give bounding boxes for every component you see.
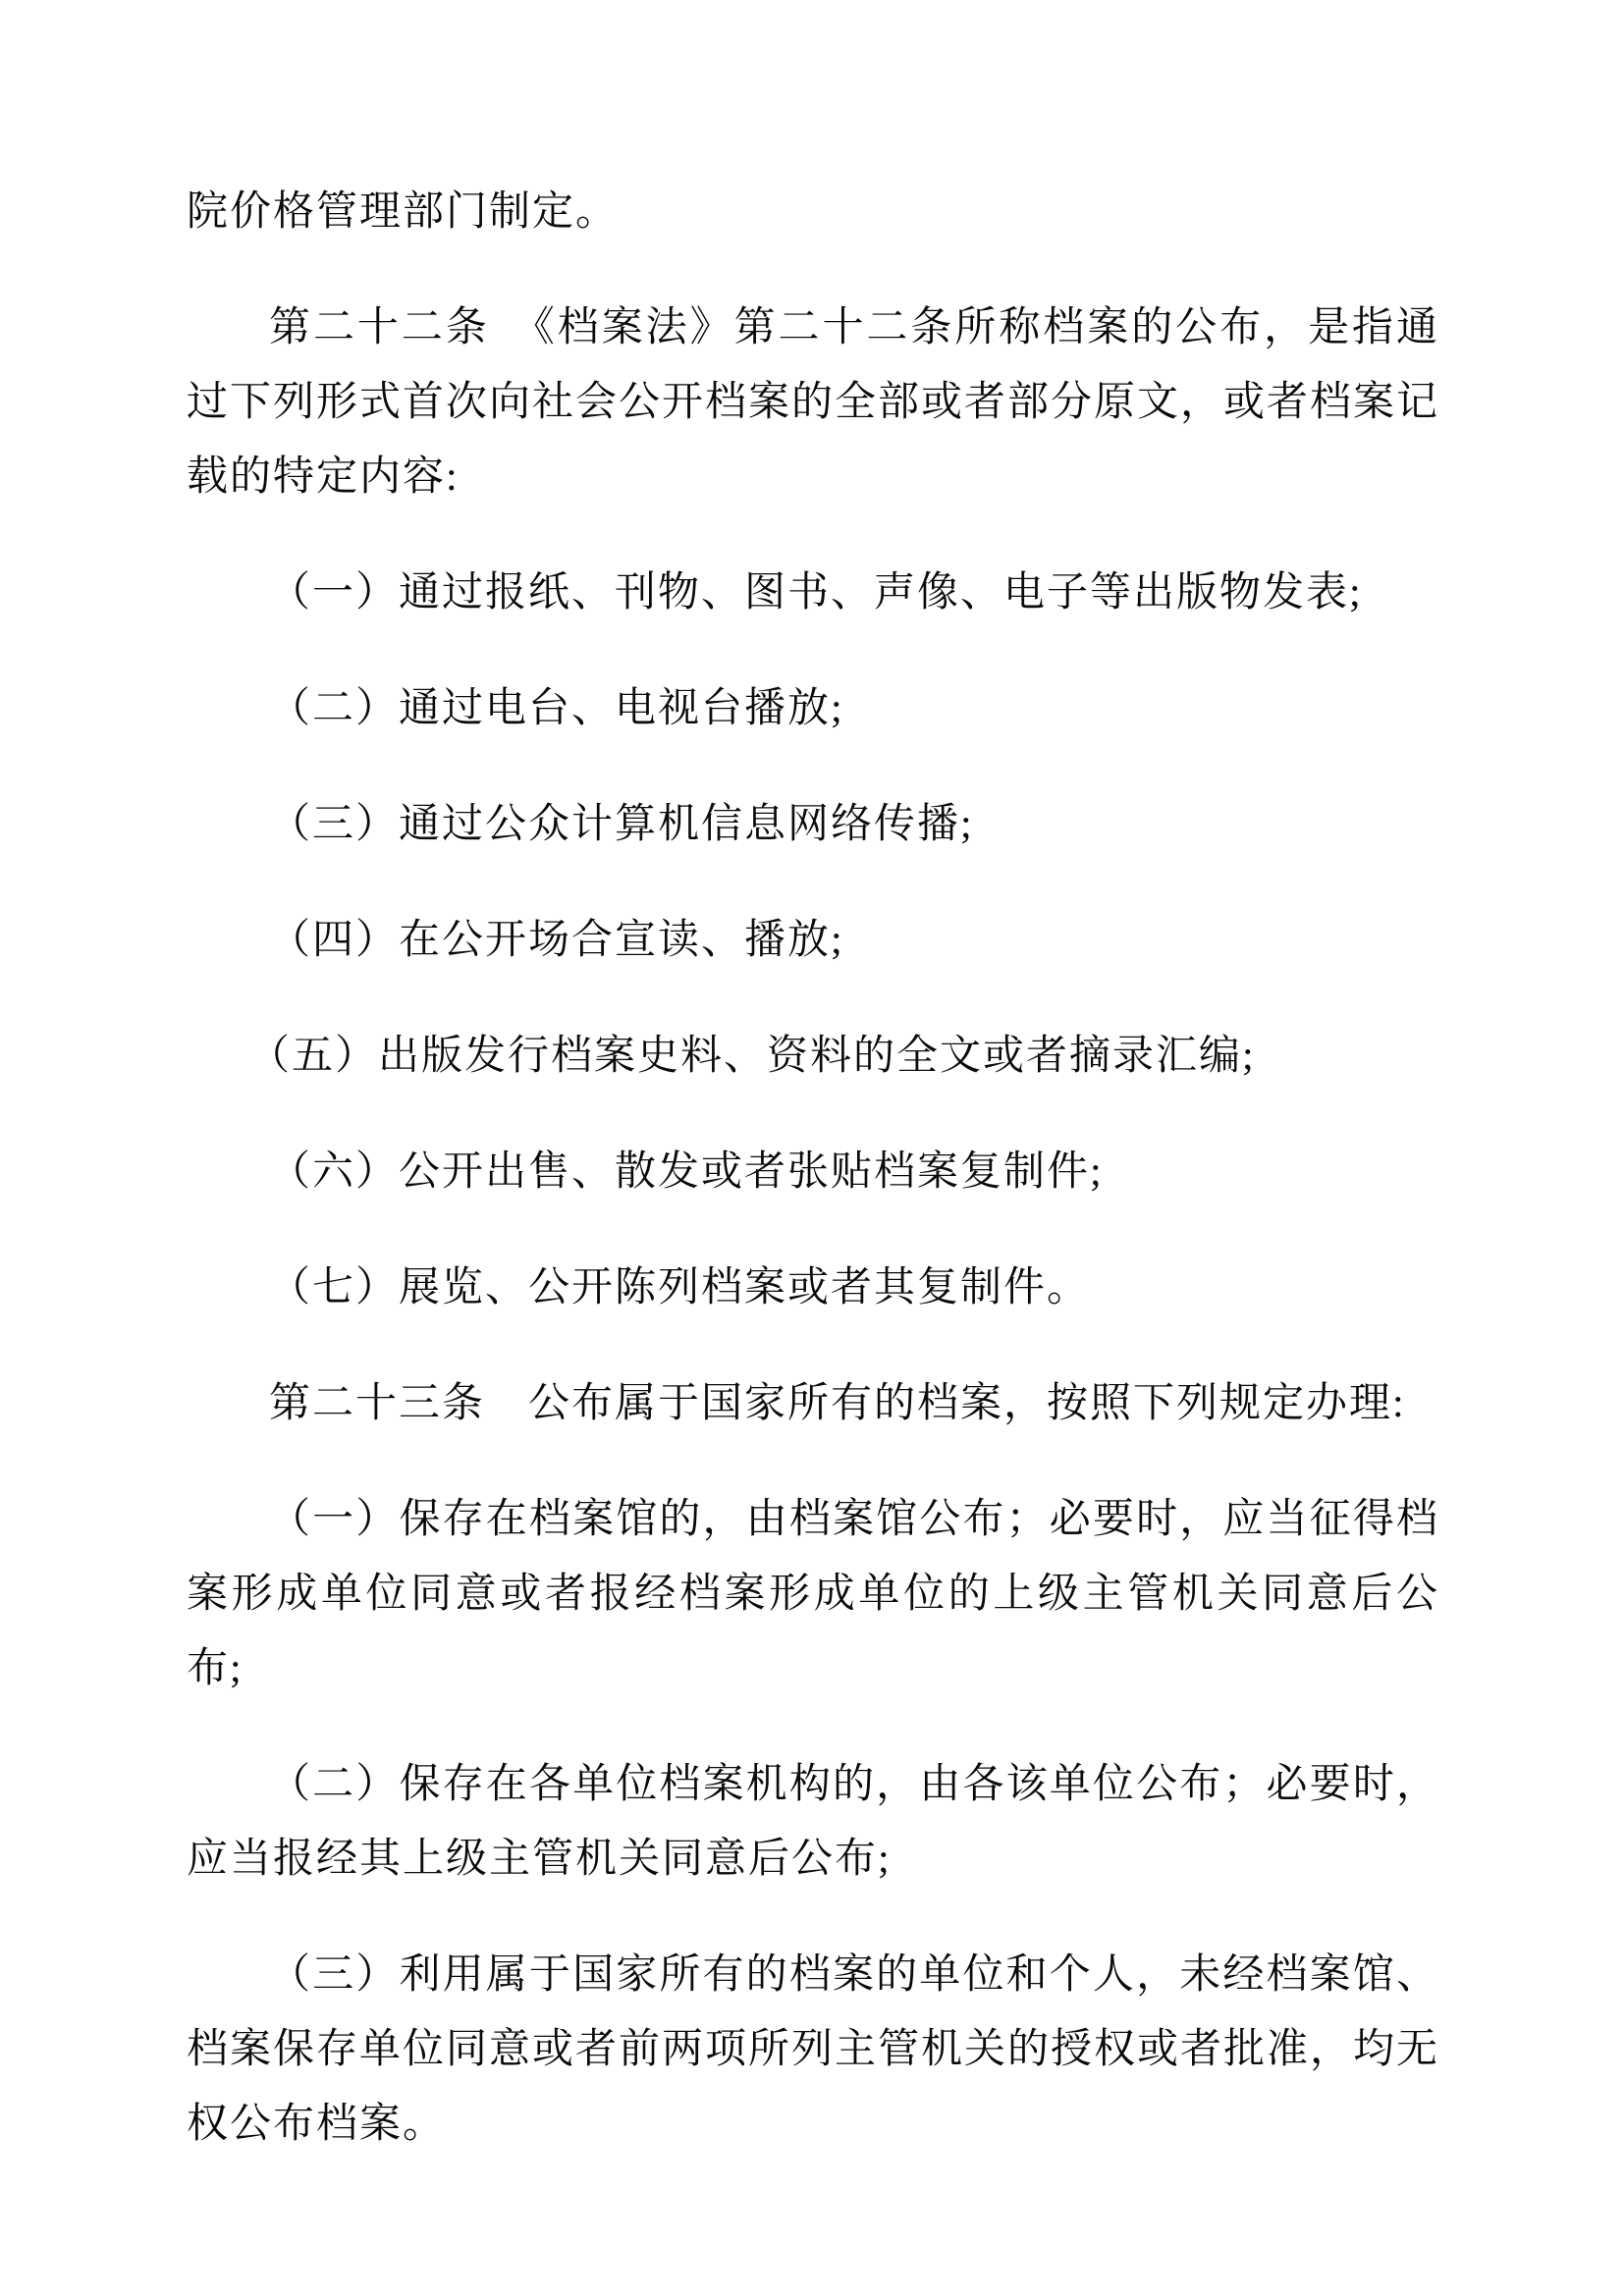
article-22-item-3: （三）通过公众计算机信息网络传播; <box>187 787 1439 862</box>
article-22-item-7: （七）展览、公开陈列档案或者其复制件。 <box>187 1251 1439 1325</box>
article-23-item-3: （三）利用属于国家所有的档案的单位和个人，未经档案馆、档案保存单位同意或者前两项… <box>187 1938 1439 2162</box>
article-22-item-5: （五）出版发行档案史料、资料的全文或者摘录汇编; <box>187 1019 1439 1094</box>
paragraph-continuation: 院价格管理部门制定。 <box>187 175 1439 249</box>
article-23-intro-paragraph: 第二十三条 公布属于国家所有的档案，按照下列规定办理: <box>187 1366 1439 1441</box>
article-22-item-4: （四）在公开场合宣读、播放; <box>187 903 1439 978</box>
article-22-item-1: （一）通过报纸、刊物、图书、声像、电子等出版物发表; <box>187 556 1439 630</box>
article-22-item-6: （六）公开出售、散发或者张贴档案复制件; <box>187 1135 1439 1209</box>
article-23-item-2: （二）保存在各单位档案机构的，由各该单位公布；必要时，应当报经其上级主管机关同意… <box>187 1747 1439 1896</box>
article-22-item-2: （二）通过电台、电视台播放; <box>187 671 1439 746</box>
article-23-item-1: （一）保存在档案馆的，由档案馆公布；必要时，应当征得档案形成单位同意或者报经档案… <box>187 1482 1439 1706</box>
article-22-intro-paragraph: 第二十二条 《档案法》第二十二条所称档案的公布，是指通过下列形式首次向社会公开档… <box>187 291 1439 514</box>
document-page: 院价格管理部门制定。 第二十二条 《档案法》第二十二条所称档案的公布，是指通过下… <box>0 0 1624 2296</box>
